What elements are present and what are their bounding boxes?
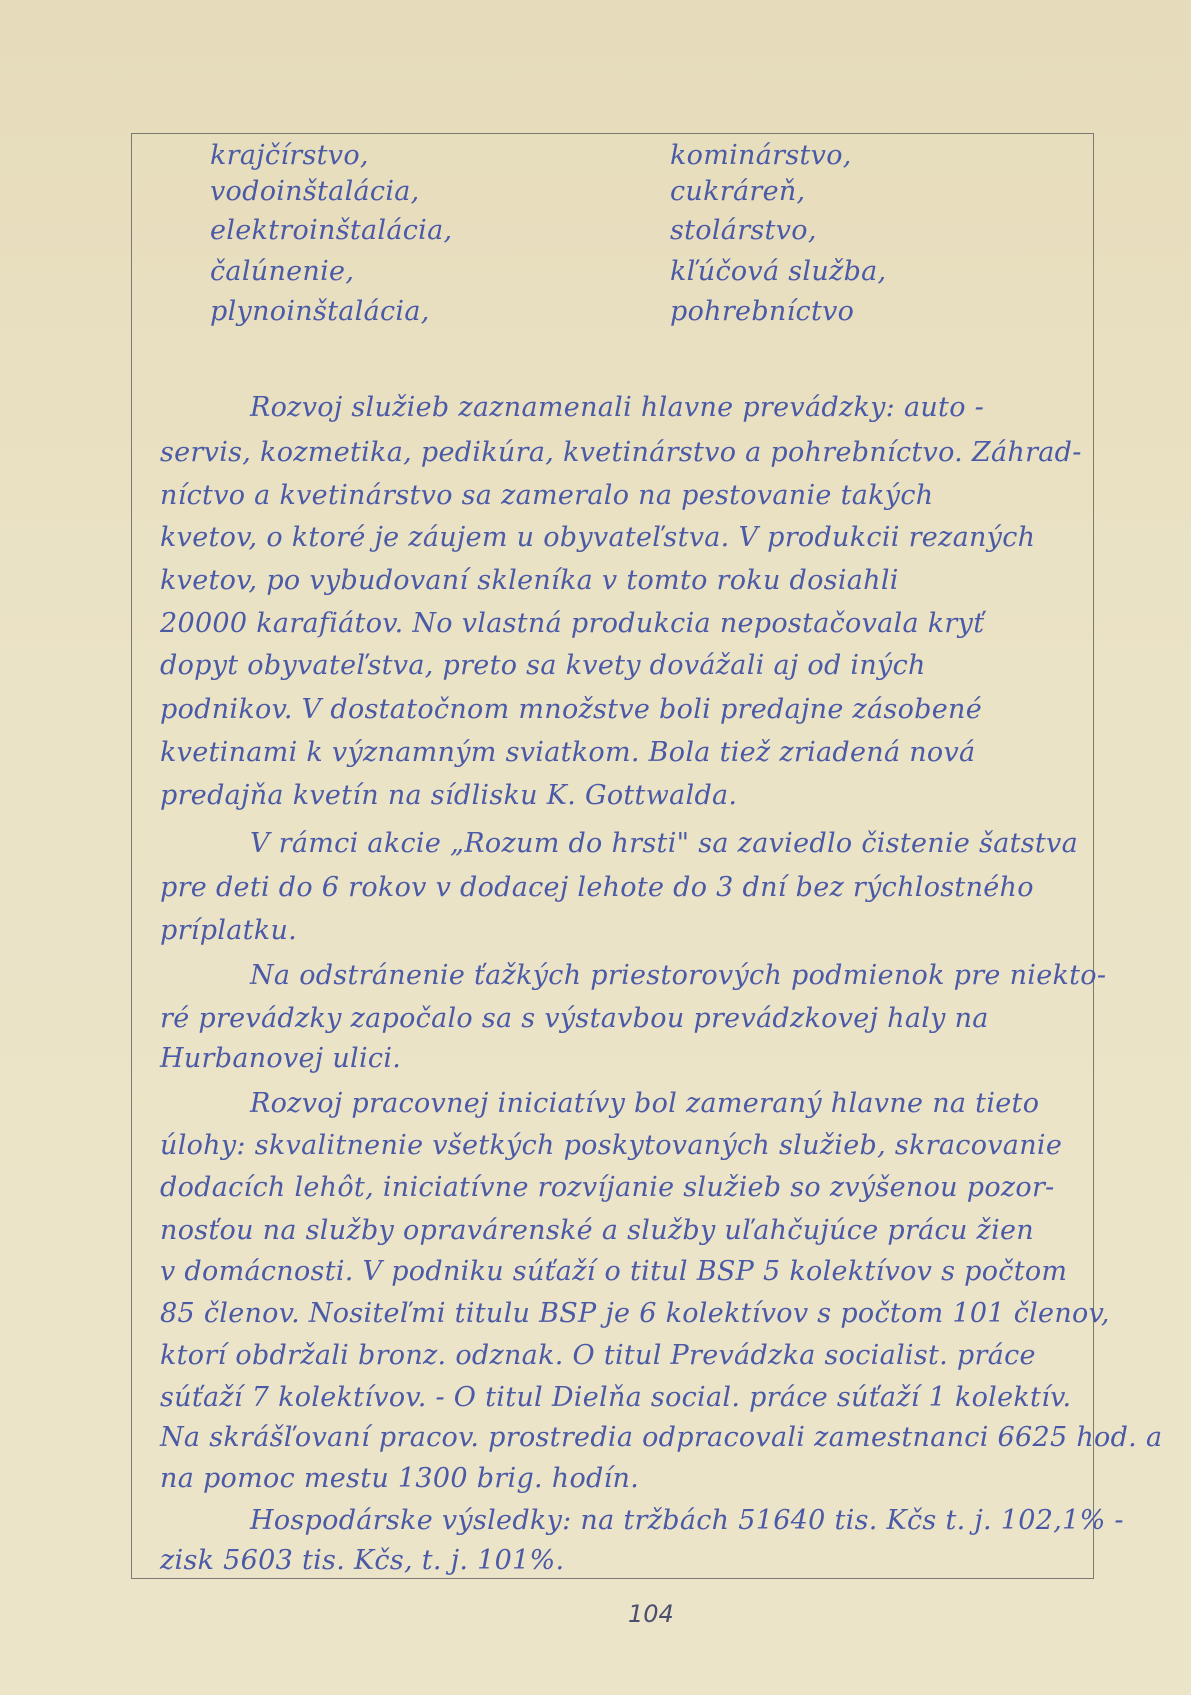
services-list-right-item: kľúčová služba, [670,256,886,287]
body-text-line: Hurbanovej ulici. [160,1043,401,1074]
body-text-line: Hospodárske výsledky: na tržbách 51640 t… [250,1505,1124,1536]
services-list-right-item: cukráreň, [670,176,805,207]
body-text-line: dodacích lehôt, iniciatívne rozvíjanie s… [160,1172,1055,1203]
body-text-line: predajňa kvetín na sídlisku K. Gottwalda… [160,780,737,811]
body-text-line: na pomoc mestu 1300 brig. hodín. [160,1463,639,1494]
body-text-line: ré prevádzky započalo sa s výstavbou pre… [160,1003,989,1034]
services-list-right-item: stolárstvo, [670,215,817,246]
services-list-left-item: elektroinštalácia, [210,215,452,246]
body-text-line: 20000 karafiátov. No vlastná produkcia n… [160,608,984,639]
body-text-line: kvetinami k významným sviatkom. Bola tie… [160,737,975,768]
body-text-line: nosťou na služby opravárenské a služby u… [160,1215,1034,1246]
body-text-line: zisk 5603 tis. Kčs, t. j. 101%. [160,1545,564,1576]
body-text-line: Rozvoj pracovnej iniciatívy bol zameraný… [250,1088,1039,1119]
body-text-line: Na odstránenie ťažkých priestorových pod… [250,960,1106,991]
body-text-line: podnikov. V dostatočnom množstve boli pr… [160,694,982,725]
body-text-line: pre deti do 6 rokov v dodacej lehote do … [160,872,1034,903]
body-text-line: v domácnosti. V podniku súťaží o titul B… [160,1256,1067,1287]
services-list-left-item: vodoinštalácia, [210,176,420,207]
services-list-right-item: pohrebníctvo [670,296,854,327]
body-text-line: príplatku. [160,915,297,946]
body-text-line: Rozvoj služieb zaznamenali hlavne prevád… [250,392,984,423]
body-text-line: kvetov, po vybudovaní skleníka v tomto r… [160,565,899,596]
body-text-line: súťaží 7 kolektívov. - O titul Dielňa so… [160,1382,1071,1413]
body-text-line: servis, kozmetika, pedikúra, kvetinárstv… [160,437,1082,468]
services-list-right-item: kominárstvo, [670,140,852,171]
services-list-left-item: plynoinštalácia, [210,296,430,327]
body-text-line: V rámci akcie „Rozum do hrsti" sa zavied… [250,828,1078,859]
page-number: 104 [628,1600,674,1628]
body-text-line: 85 členov. Nositeľmi titulu BSP je 6 kol… [160,1298,1110,1329]
body-text-line: Na skrášľovaní pracov. prostredia odprac… [160,1422,1162,1453]
services-list-left-item: čalúnenie, [210,256,354,287]
body-text-line: úlohy: skvalitnenie všetkých poskytovaný… [160,1130,1062,1161]
body-text-line: ktorí obdržali bronz. odznak. O titul Pr… [160,1340,1036,1371]
body-text-line: níctvo a kvetinárstvo sa zameralo na pes… [160,480,933,511]
services-list-left-item: krajčírstvo, [210,140,369,171]
body-text-line: kvetov, o ktoré je záujem u obyvateľstva… [160,522,1035,553]
body-text-line: dopyt obyvateľstva, preto sa kvety dováž… [160,650,926,681]
handwritten-page: krajčírstvo, vodoinštalácia, elektroinšt… [0,0,1191,1695]
